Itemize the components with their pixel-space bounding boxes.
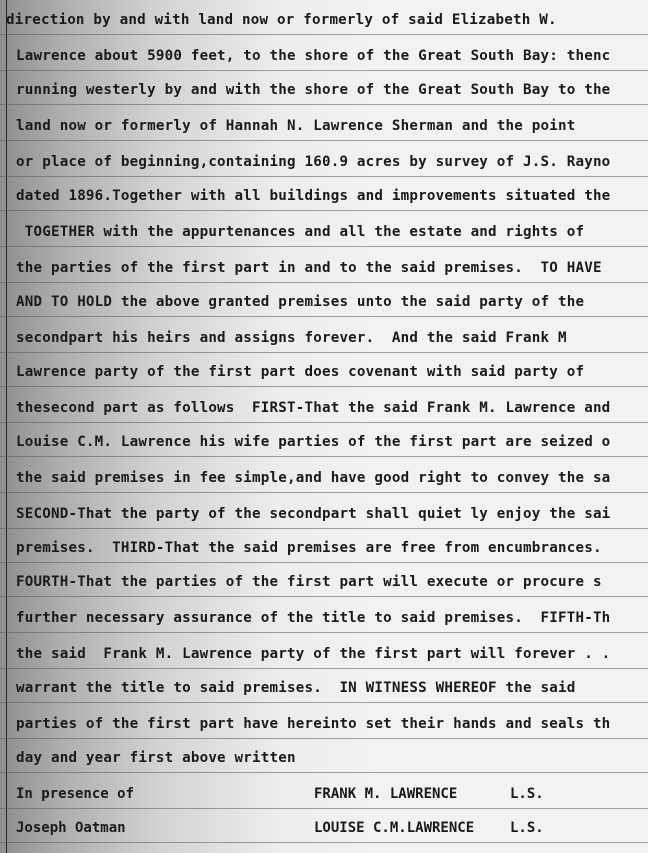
text-line: TOGETHER with the appurtenances and all … [0, 212, 648, 247]
text-line: AND TO HOLD the above granted premises u… [0, 282, 648, 317]
text-line: direction by and with land now or former… [0, 0, 648, 35]
line-text: parties of the first part have hereinto … [16, 716, 610, 732]
signer2-name: LOUISE C.M.LAWRENCE [314, 820, 474, 836]
line-text: the parties of the first part in and to … [16, 260, 602, 276]
line-text: dated 1896.Together with all buildings a… [16, 188, 610, 204]
line-text: secondpart his heirs and assigns forever… [16, 330, 567, 346]
text-line: land now or formerly of Hannah N. Lawren… [0, 106, 648, 141]
line-text: AND TO HOLD the above granted premises u… [16, 294, 584, 310]
text-line: running westerly by and with the shore o… [0, 70, 648, 105]
line-text: FOURTH-That the parties of the first par… [16, 574, 602, 590]
text-line: secondpart his heirs and assigns forever… [0, 318, 648, 353]
text-line: the said Frank M. Lawrence party of the … [0, 634, 648, 669]
line-text: warrant the title to said premises. IN W… [16, 680, 575, 696]
signer1-name: FRANK M. LAWRENCE [314, 786, 457, 802]
text-line: or place of beginning,containing 160.9 a… [0, 142, 648, 177]
line-text: day and year first above written [16, 750, 296, 766]
text-line: thesecond part as follows FIRST-That the… [0, 388, 648, 423]
line-text: the said premises in fee simple,and have… [16, 470, 610, 486]
line-text: the said Frank M. Lawrence party of the … [16, 646, 610, 662]
line-text: further necessary assurance of the title… [16, 610, 610, 626]
text-line: the said premises in fee simple,and have… [0, 458, 648, 493]
text-line: SECOND-That the party of the secondpart … [0, 494, 648, 529]
line-text: SECOND-That the party of the secondpart … [16, 506, 610, 522]
text-line: Lawrence about 5900 feet, to the shore o… [0, 36, 648, 71]
line-text: land now or formerly of Hannah N. Lawren… [16, 118, 575, 134]
text-line: premises. THIRD-That the said premises a… [0, 528, 648, 563]
text-line: parties of the first part have hereinto … [0, 704, 648, 739]
witness-name: Joseph Oatman [16, 820, 126, 836]
witness-label: In presence of [16, 786, 134, 802]
line-text: or place of beginning,containing 160.9 a… [16, 154, 610, 170]
text-line: further necessary assurance of the title… [0, 598, 648, 633]
line-text: Louise C.M. Lawrence his wife parties of… [16, 434, 610, 450]
line-text: running westerly by and with the shore o… [16, 82, 610, 98]
text-line: Lawrence party of the first part does co… [0, 352, 648, 387]
line-text: thesecond part as follows FIRST-That the… [16, 400, 610, 416]
signer1-seal: L.S. [510, 786, 544, 802]
text-line: Louise C.M. Lawrence his wife parties of… [0, 422, 648, 457]
line-text: direction by and with land now or former… [6, 12, 557, 28]
line-text: premises. THIRD-That the said premises a… [16, 540, 602, 556]
line-text: Lawrence about 5900 feet, to the shore o… [16, 48, 610, 64]
text-line: FOURTH-That the parties of the first par… [0, 562, 648, 597]
line-text: Lawrence party of the first part does co… [16, 364, 584, 380]
text-line: day and year first above written [0, 738, 648, 773]
line-text: TOGETHER with the appurtenances and all … [16, 224, 584, 240]
text-line: the parties of the first part in and to … [0, 248, 648, 283]
signer2-seal: L.S. [510, 820, 544, 836]
text-line: warrant the title to said premises. IN W… [0, 668, 648, 703]
deed-document: direction by and with land now or former… [0, 0, 648, 853]
text-line: dated 1896.Together with all buildings a… [0, 176, 648, 211]
